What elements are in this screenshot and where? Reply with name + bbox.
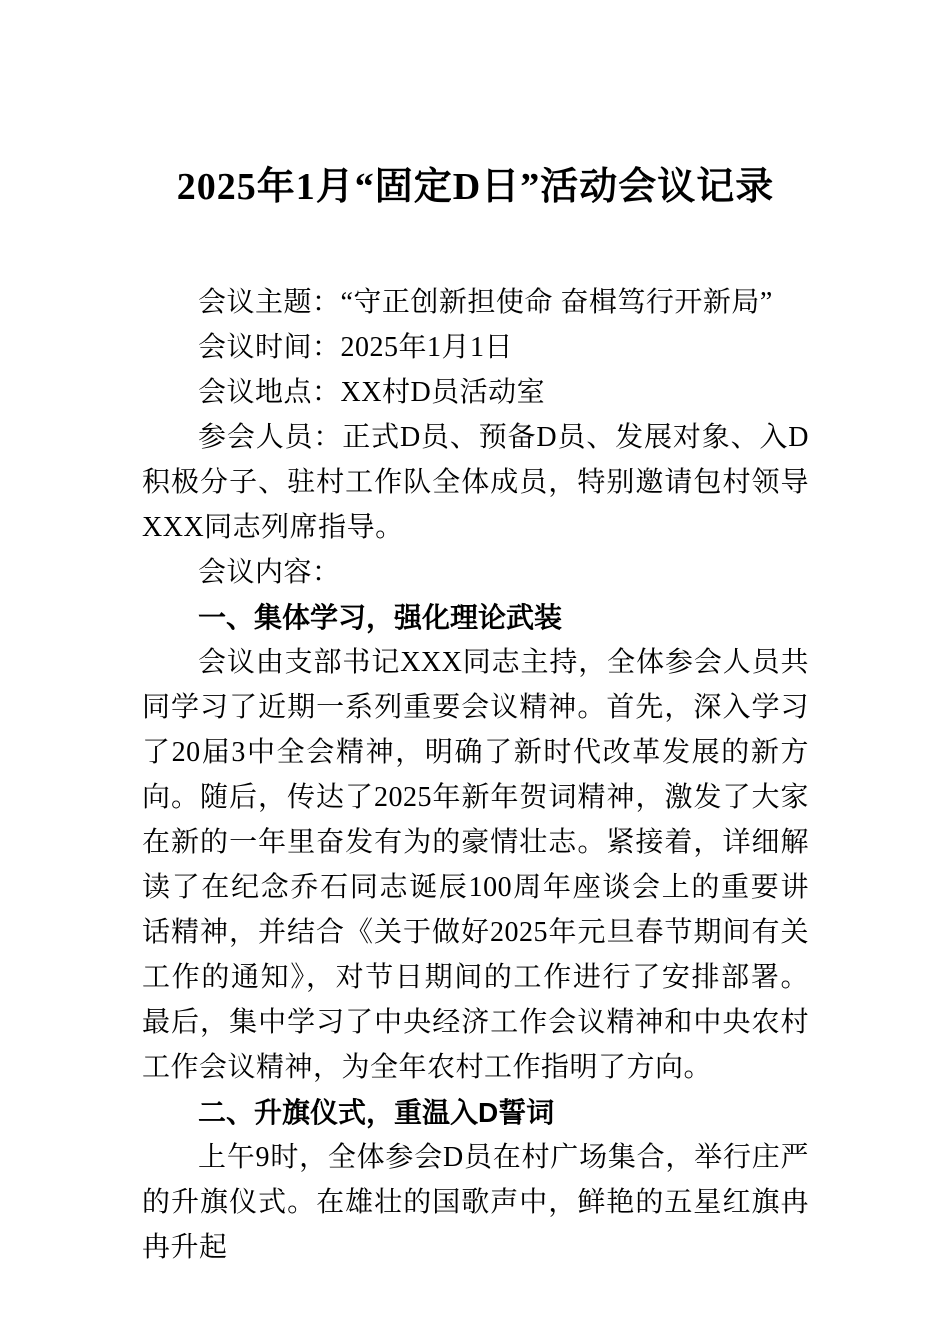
paragraph-meeting-time: 会议时间：2025年1月1日	[142, 325, 809, 370]
paragraph-section-1-body: 会议由支部书记XXX同志主持，全体参会人员共同学习了近期一系列重要会议精神。首先…	[142, 640, 809, 1090]
paragraph-meeting-attendees: 参会人员：正式D员、预备D员、发展对象、入D积极分子、驻村工作队全体成员，特别邀…	[142, 415, 809, 550]
document-title: 2025年1月“固定D日”活动会议记录	[142, 162, 809, 212]
paragraph-section-2-body: 上午9时，全体参会D员在村广场集合，举行庄严的升旗仪式。在雄壮的国歌声中，鲜艳的…	[142, 1135, 809, 1270]
document-page: 2025年1月“固定D日”活动会议记录 会议主题：“守正创新担使命 奋楫笃行开新…	[0, 0, 950, 1344]
paragraph-meeting-content-label: 会议内容：	[142, 550, 809, 595]
paragraph-meeting-theme: 会议主题：“守正创新担使命 奋楫笃行开新局”	[142, 280, 809, 325]
section-heading-2: 二、升旗仪式，重温入D誓词	[142, 1090, 809, 1135]
paragraph-meeting-location: 会议地点：XX村D员活动室	[142, 370, 809, 415]
section-heading-1: 一、集体学习，强化理论武装	[142, 595, 809, 640]
